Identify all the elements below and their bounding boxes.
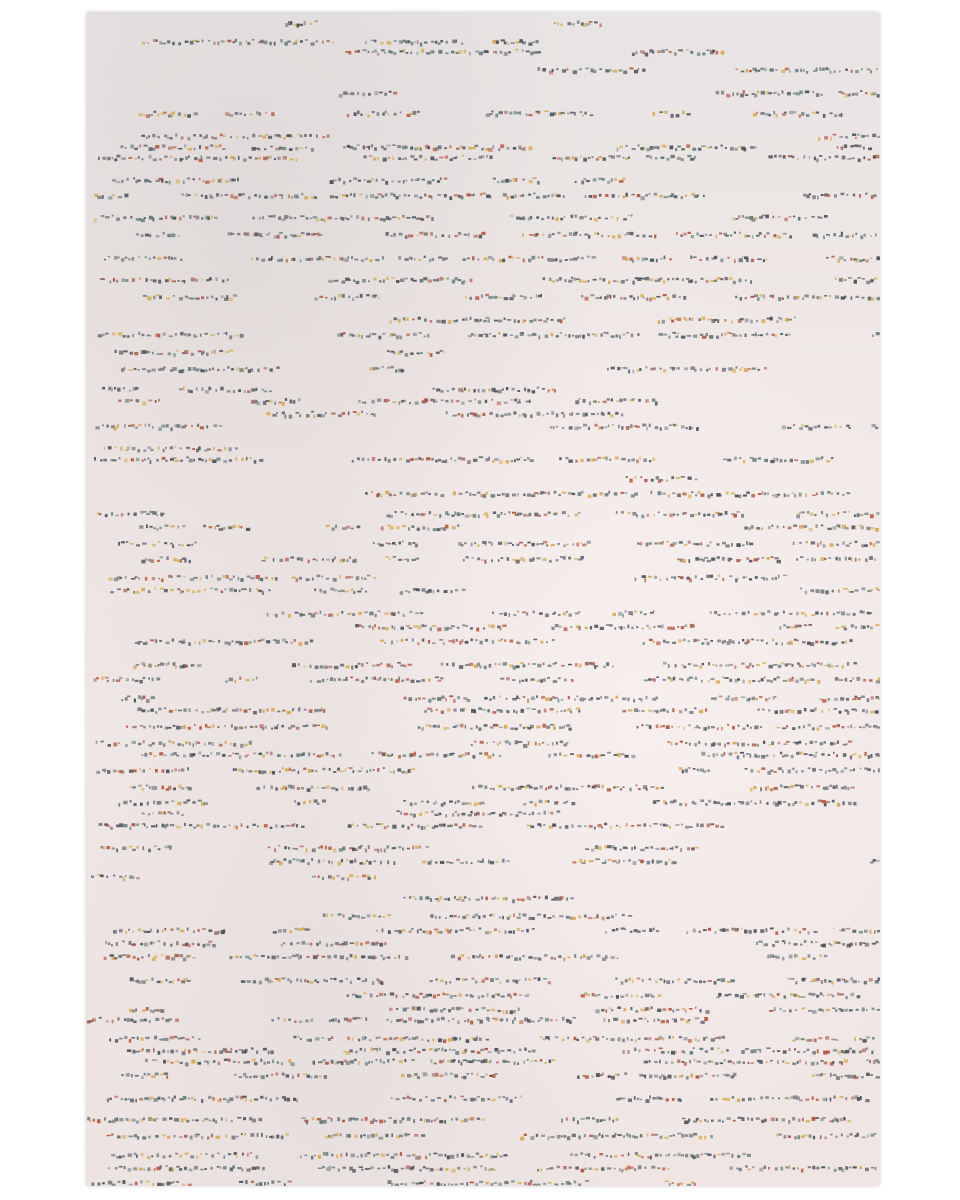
rug — [86, 12, 880, 1186]
speckle-streaks — [86, 12, 880, 1186]
